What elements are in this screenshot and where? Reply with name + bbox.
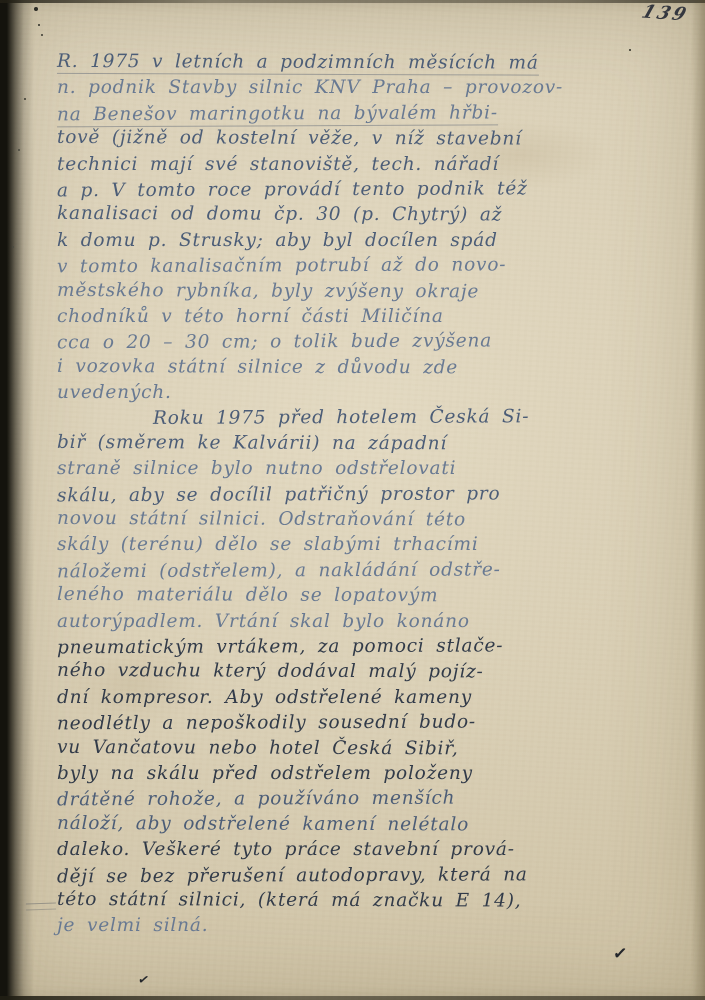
text-line: na Benešov maringotku na bývalém hřbi- <box>57 99 667 127</box>
text-line-content: cca o 20 – 30 cm; o tolik bude zvýšena <box>57 331 492 354</box>
text-line: náložemi (odstřelem), a nakládání odstře… <box>57 556 667 584</box>
text-line: autorýpadlem. Vrtání skal bylo konáno <box>57 609 667 634</box>
text-line: n. podnik Stavby silnic KNV Praha – prov… <box>57 75 667 100</box>
text-line: je velmi silná. <box>57 913 667 938</box>
text-line: cca o 20 – 30 cm; o tolik bude zvýšena <box>57 328 667 356</box>
text-line: drátěné rohože, a používáno menších <box>57 785 667 813</box>
page-number: 139 <box>639 1 692 25</box>
page-edge-top <box>0 0 705 3</box>
text-line-content: ného vzduchu který dodával malý pojíz- <box>57 660 484 682</box>
text-line-content: pneumatickým vrtákem, za pomoci stlače- <box>57 635 503 658</box>
text-line: chodníků v této horní části Miličína <box>57 304 667 329</box>
text-line-content: daleko. Veškeré tyto práce stavební prov… <box>57 839 515 860</box>
text-line-content: uvedených. <box>57 382 172 403</box>
text-line-content: náložemi (odstřelem), a nakládání odstře… <box>57 559 501 582</box>
text-line-content: i vozovka státní silnice z důvodu zde <box>57 356 458 378</box>
text-line-content: n. podnik Stavby silnic KNV Praha – prov… <box>57 77 563 98</box>
text-line-content: byly na skálu před odstřelem položeny <box>57 763 473 784</box>
margin-pencil-dash <box>26 902 56 910</box>
text-line-content: náloží, aby odstřelené kamení nelétalo <box>57 813 469 835</box>
text-line: i vozovka státní silnice z důvodu zde <box>57 354 667 382</box>
text-line: pneumatickým vrtákem, za pomoci stlače- <box>57 633 667 661</box>
text-line: uvedených. <box>57 380 667 405</box>
text-line: skály (terénu) dělo se slabými trhacími <box>57 532 667 557</box>
page-edge-bottom <box>0 996 705 1000</box>
text-line-content: neodlétly a nepoškodily sousední budo- <box>57 712 476 735</box>
text-line: vu Vančatovu nebo hotel Česká Sibiř, <box>57 734 667 762</box>
text-line: R. 1975 v letních a podzimních měsících … <box>57 49 667 77</box>
text-line-content: městského rybníka, byly zvýšeny okraje <box>57 279 479 301</box>
page-edge-right <box>691 0 705 1000</box>
text-line-content: na Benešov maringotku na bývalém hřbi- <box>57 102 498 127</box>
text-line-content: R. 1975 v letních a podzimních měsících … <box>57 51 539 76</box>
text-line: skálu, aby se docílil patřičný prostor p… <box>57 480 667 508</box>
text-line: náloží, aby odstřelené kamení nelétalo <box>57 811 667 839</box>
text-line-content: k domu p. Strusky; aby byl docílen spád <box>57 230 498 251</box>
chronicle-page: 139 R. 1975 v letních a podzimních měsíc… <box>0 0 705 1000</box>
text-line: k domu p. Strusky; aby byl docílen spád <box>57 228 667 253</box>
text-line-content: chodníků v této horní části Miličína <box>57 306 444 327</box>
text-line: v tomto kanalisačním potrubí až do novo- <box>57 252 667 280</box>
text-line-content: leného materiálu dělo se lopatovým <box>57 584 438 606</box>
text-line-content: straně silnice bylo nutno odstřelovati <box>57 458 456 479</box>
text-line: neodlétly a nepoškodily sousední budo- <box>57 709 667 737</box>
text-line-content: vu Vančatovu nebo hotel Česká Sibiř, <box>57 736 459 758</box>
text-line-content: dějí se bez přerušení autodopravy, která… <box>57 864 528 887</box>
text-line-content: technici mají své stanoviště, tech. nářa… <box>57 154 499 175</box>
text-line: této státní silnici, (která má značku E … <box>57 887 667 915</box>
text-line-content: kanalisaci od domu čp. 30 (p. Chytrý) až <box>57 203 502 226</box>
text-line-content: tově (jižně od kostelní věže, v níž stav… <box>57 127 522 150</box>
text-line-content: drátěné rohože, a používáno menších <box>57 788 455 811</box>
text-line: ného vzduchu který dodával malý pojíz- <box>57 658 667 686</box>
text-line: kanalisaci od domu čp. 30 (p. Chytrý) až <box>57 201 667 229</box>
text-line-content: Roku 1975 před hotelem Česká Si- <box>153 407 529 430</box>
text-line: technici mají své stanoviště, tech. nářa… <box>57 152 667 177</box>
checkmark-icon: ✓ <box>612 943 628 964</box>
text-line: městského rybníka, byly zvýšeny okraje <box>57 277 667 305</box>
text-line-content: biř (směrem ke Kalvárii) na západní <box>57 432 447 454</box>
text-line: a p. V tomto roce provádí tento podnik t… <box>57 176 667 204</box>
text-line: daleko. Veškeré tyto práce stavební prov… <box>57 837 667 862</box>
book-binding-shadow <box>0 0 34 1000</box>
text-line: novou státní silnici. Odstraňování této <box>57 506 667 534</box>
text-line: byly na skálu před odstřelem položeny <box>57 761 667 786</box>
text-line: tově (jižně od kostelní věže, v níž stav… <box>57 125 667 153</box>
checkmark-icon: ✓ <box>137 972 151 989</box>
text-line: Roku 1975 před hotelem Česká Si- <box>57 404 667 432</box>
text-line-content: autorýpadlem. Vrtání skal bylo konáno <box>57 611 470 632</box>
text-line: biř (směrem ke Kalvárii) na západní <box>57 430 667 458</box>
text-line-content: v tomto kanalisačním potrubí až do novo- <box>57 254 506 277</box>
text-line-content: dní kompresor. Aby odstřelené kameny <box>57 687 472 708</box>
ink-specks <box>0 0 2 2</box>
text-line-content: je velmi silná. <box>57 915 208 936</box>
text-line: dějí se bez přerušení autodopravy, která… <box>57 861 667 889</box>
handwritten-text: R. 1975 v letních a podzimních měsících … <box>57 50 667 939</box>
text-line-content: a p. V tomto roce provádí tento podnik t… <box>57 178 528 201</box>
text-line: dní kompresor. Aby odstřelené kameny <box>57 685 667 710</box>
text-line-content: této státní silnici, (která má značku E … <box>57 889 522 912</box>
text-line-content: skálu, aby se docílil patřičný prostor p… <box>57 483 501 506</box>
text-line-content: novou státní silnici. Odstraňování této <box>57 508 466 530</box>
text-line: straně silnice bylo nutno odstřelovati <box>57 456 667 481</box>
text-line: leného materiálu dělo se lopatovým <box>57 582 667 610</box>
text-line-content: skály (terénu) dělo se slabými trhacími <box>57 534 479 555</box>
